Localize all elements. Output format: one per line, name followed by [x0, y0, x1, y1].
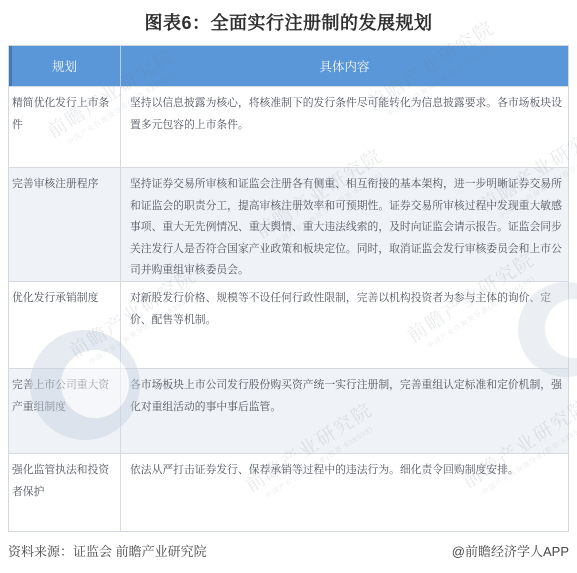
content-cell: 坚持以信息披露为核心，将核准制下的发行条件尽可能转化为信息披露要求。各市场板块设… [121, 87, 568, 167]
credit-note: @前瞻经济学人APP [452, 541, 569, 560]
content-cell: 坚持证券交易所审核和证监会注册各有侧重、相互衔接的基本架构，进一步明晰证券交易所… [121, 168, 568, 281]
table-row: 强化监管执法和投资者保护 依法从严打击证券发行、保荐承销等过程中的违法行为。细化… [9, 453, 568, 531]
content-cell: 各市场板块上市公司发行股份购买资产统一实行注册制，完善重组认定标准和定价机制，强… [121, 369, 568, 453]
table-row: 优化发行承销制度 对新股发行价格、规模等不设任何行政性限制，完善以机构投资者为参… [9, 281, 568, 368]
table-row: 完善审核注册程序 坚持证券交易所审核和证监会注册各有侧重、相互衔接的基本架构，进… [9, 167, 568, 281]
plan-cell: 精简优化发行上市条件 [9, 87, 121, 167]
page-title: 图表6：全面实行注册制的发展规划 [0, 9, 577, 35]
source-note: 资料来源：证监会 前瞻产业研究院 [8, 541, 207, 560]
plan-cell: 完善审核注册程序 [9, 168, 121, 281]
plan-cell: 优化发行承销制度 [9, 282, 121, 368]
content-cell: 对新股发行价格、规模等不设任何行政性限制，完善以机构投资者为参与主体的询价、定价… [121, 282, 568, 368]
figure-page: 前瞻产业研究院 中国产业咨询领导者(股票:839599) 前瞻产业研究院 中国产… [0, 0, 577, 573]
content-cell: 依法从严打击证券发行、保荐承销等过程中的违法行为。细化责令回购制度安排。 [121, 454, 568, 531]
plan-table: 规划 具体内容 精简优化发行上市条件 坚持以信息披露为核心，将核准制下的发行条件… [8, 45, 569, 532]
table-row: 精简优化发行上市条件 坚持以信息披露为核心，将核准制下的发行条件尽可能转化为信息… [9, 86, 568, 167]
table-row: 完善上市公司重大资产重组制度 各市场板块上市公司发行股份购买资产统一实行注册制，… [9, 368, 568, 453]
table-header-content: 具体内容 [121, 46, 568, 86]
plan-cell: 强化监管执法和投资者保护 [9, 454, 121, 531]
table-header-row: 规划 具体内容 [9, 46, 568, 86]
plan-cell: 完善上市公司重大资产重组制度 [9, 369, 121, 453]
footer: 资料来源：证监会 前瞻产业研究院 @前瞻经济学人APP [8, 541, 569, 560]
table-header-plan: 规划 [9, 46, 121, 86]
